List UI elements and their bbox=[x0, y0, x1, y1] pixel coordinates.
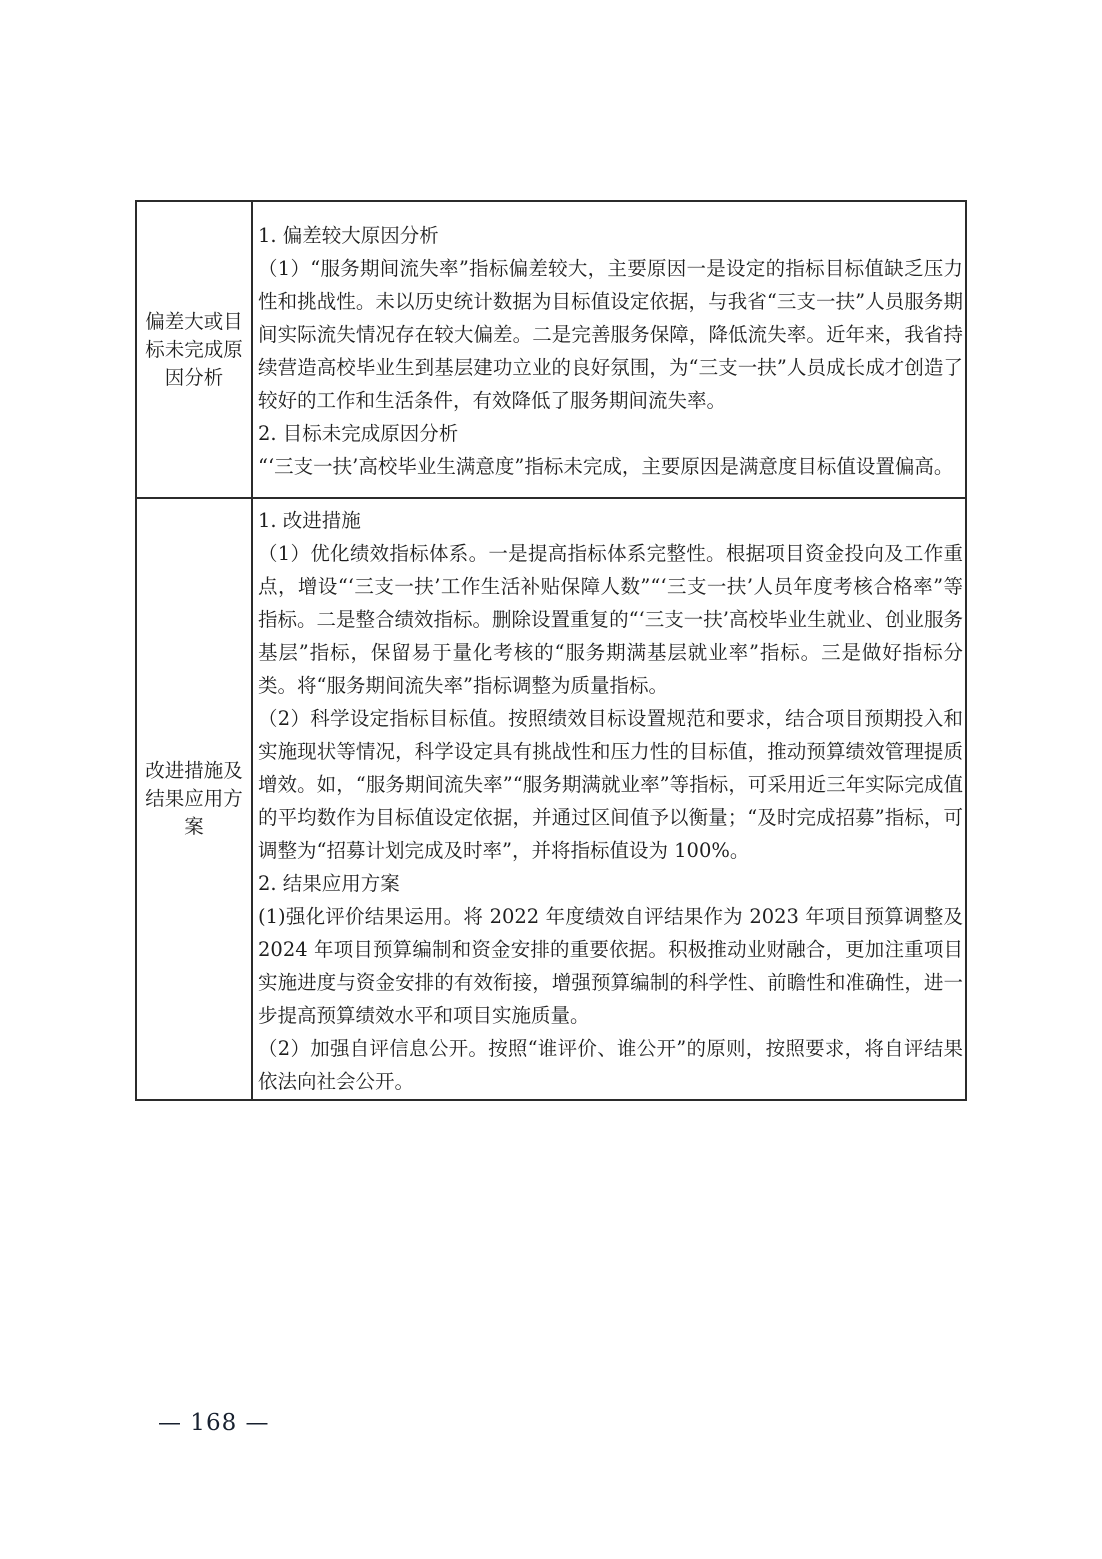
table-row-improvement-measures: 改进措施及结果应用方案 1. 改进措施 （1）优化绩效指标体系。一是提高指标体系… bbox=[137, 497, 965, 1099]
paragraph: （1）优化绩效指标体系。一是提高指标体系完整性。根据项目资金投向及工作重点，增设… bbox=[258, 537, 963, 702]
paragraph: （2）加强自评信息公开。按照“谁评价、谁公开”的原则，按照要求，将自评结果依法向… bbox=[258, 1032, 963, 1098]
evaluation-table: 偏差大或目标未完成原因分析 1. 偏差较大原因分析 （1）“服务期间流失率”指标… bbox=[135, 200, 967, 1101]
row-header-deviation-analysis: 偏差大或目标未完成原因分析 bbox=[137, 202, 253, 497]
paragraph: “‘三支一扶’高校毕业生满意度”指标未完成，主要原因是满意度目标值设置偏高。 bbox=[258, 450, 963, 483]
table-row-deviation-analysis: 偏差大或目标未完成原因分析 1. 偏差较大原因分析 （1）“服务期间流失率”指标… bbox=[137, 202, 965, 497]
deviation-analysis-content: 1. 偏差较大原因分析 （1）“服务期间流失率”指标偏差较大，主要原因一是设定的… bbox=[253, 202, 965, 497]
improvement-measures-content: 1. 改进措施 （1）优化绩效指标体系。一是提高指标体系完整性。根据项目资金投向… bbox=[253, 499, 965, 1099]
paragraph: 1. 改进措施 bbox=[258, 504, 963, 537]
paragraph: （1）“服务期间流失率”指标偏差较大，主要原因一是设定的指标目标值缺乏压力性和挑… bbox=[258, 252, 963, 417]
paragraph: 1. 偏差较大原因分析 bbox=[258, 219, 963, 252]
document-page: { "page": { "number_label": "— 168 —" },… bbox=[0, 0, 1102, 1559]
paragraph: （2）科学设定指标目标值。按照绩效目标设置规范和要求，结合项目预期投入和实施现状… bbox=[258, 702, 963, 867]
row-header-improvement-measures: 改进措施及结果应用方案 bbox=[137, 499, 253, 1099]
paragraph: (1)强化评价结果运用。将 2022 年度绩效自评结果作为 2023 年项目预算… bbox=[258, 900, 963, 1032]
page-number: — 168 — bbox=[158, 1410, 270, 1436]
paragraph: 2. 目标未完成原因分析 bbox=[258, 417, 963, 450]
paragraph: 2. 结果应用方案 bbox=[258, 867, 963, 900]
